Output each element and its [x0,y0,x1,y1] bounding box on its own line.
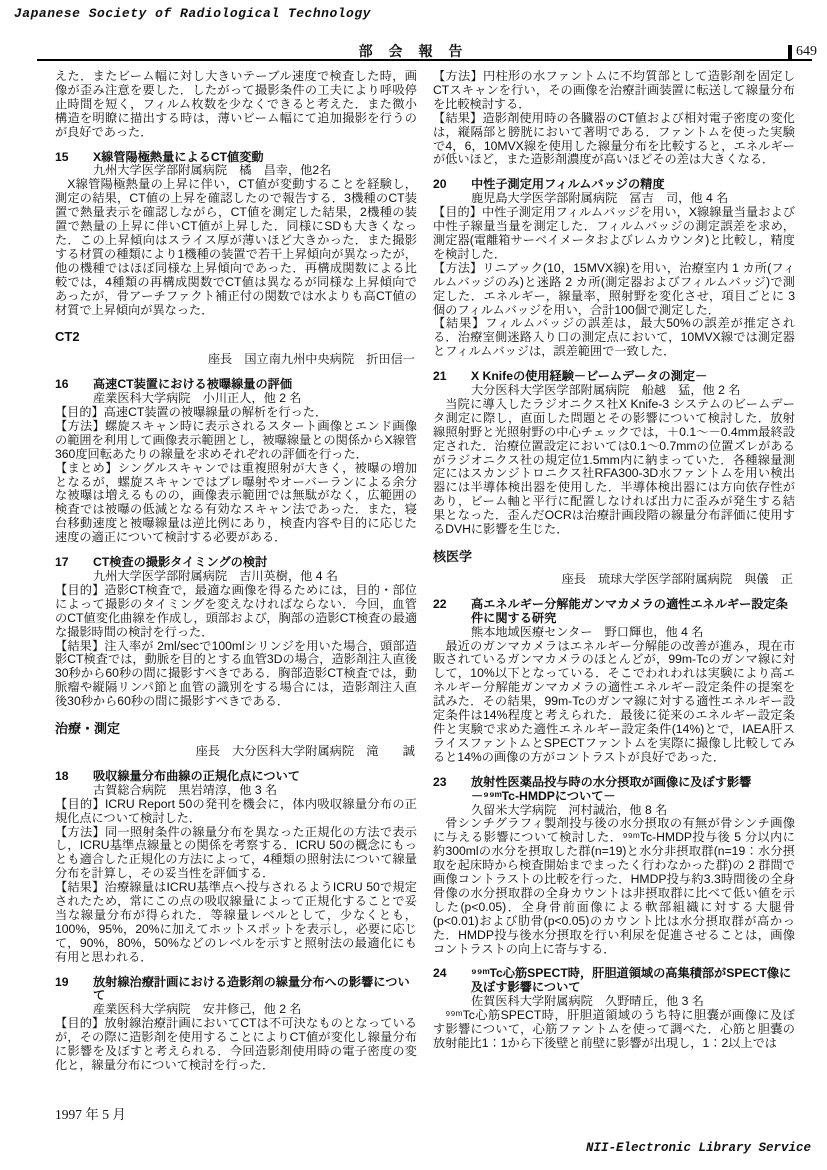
page-title: 部 会 報 告 [0,41,827,61]
issue-date: 1997 年 5 月 [55,1103,126,1123]
abstract-title-text: ⁹⁹ᵐTc心筋SPECT時，肝胆道領域の高集積部がSPECT像に及ぼす影響につい… [471,967,795,995]
session-title: 核医学 [433,550,795,564]
abstract-paragraph: ⁹⁹ᵐTc心筋SPECT時，肝胆道領域のうち特に胆嚢が画像に及ぼす影響について，… [433,1009,795,1051]
abstract-title: 21X Knifeの使用経験－ビームデータの測定－ [433,370,795,384]
abstract-18: 18吸収線量分布曲線の正規化点について古賀総合病院 黒岩靖淳，他 3 名【目的】… [55,770,417,965]
abstract-affiliation: 産業医科大学病院 小川正人，他 2 名 [55,392,417,406]
abstract-title: 23放射性医薬品投与時の水分摂取が画像に及ぼす影響－⁹⁹ᵐTc-HMDPについて… [433,776,795,804]
abstract-19: 19放射線治療計画における造影剤の線量分布への影響について産業医科大学病院 安井… [55,976,417,1073]
abstract-paragraph: 【方法】リニアック(10，15MVX線)を用い，治療室内 1 カ所(フィルムバッ… [433,262,795,318]
page-number-marker-icon [788,45,792,59]
abstract-paragraph: 【結果】治療線量はICRU基準点へ投与されるようICRU 50で規定されたため，… [55,881,417,964]
session-chair: 座長 琉球大学医学部附属病院 與儀 正 [433,573,795,587]
abstract-affiliation: 九州大学医学部附属病院 吉川英樹，他 4 名 [55,570,417,584]
abstract-paragraph: 【目的】高速CT装置の被曝線量の解析を行った． [55,406,417,420]
abstract-paragraph: 最近のガンマカメラはエネルギー分解能の改善が進み，現在市販されているガンマカメラ… [433,640,795,765]
session-title: CT2 [55,330,417,344]
session-chair: 座長 国立南九州中央病院 折田信一 [55,353,417,367]
abstract-title-text: 吸収線量分布曲線の正規化点について [93,770,417,784]
abstract-paragraph: 【結果】注入率が 2ml/secで100mlシリンジを用いた場合，頭部造影CT検… [55,640,417,710]
abstract-number: 22 [433,598,471,626]
abstract-number: 15 [55,151,93,165]
abstract-title: 22高エネルギー分解能ガンマカメラの適性エネルギー設定条件に関する研究 [433,598,795,626]
abstract-paragraph: 骨シンチグラフィ製剤投与後の水分摂取の有無が骨シンチ画像に与える影響について検討… [433,817,795,956]
abstract-title-text: 高エネルギー分解能ガンマカメラの適性エネルギー設定条件に関する研究 [471,598,795,626]
right-column: 【方法】円柱形の水ファントムに不均質部として造影剤を固定しCTスキャンを行い，そ… [433,70,795,1098]
abstract-23: 23放射性医薬品投与時の水分摂取が画像に及ぼす影響－⁹⁹ᵐTc-HMDPについて… [433,776,795,957]
abstract-affiliation: 熊本地域医療センター 野口輝也，他 4 名 [433,626,795,640]
abstract-paragraph: 【まとめ】シングルスキャンでは重複照射が大きく，被曝の増加となるが，螺旋スキャン… [55,462,417,545]
abstract-paragraph: 【目的】ICRU Report 50の発刊を機会に，体内吸収線量分布の正規化点に… [55,798,417,826]
abstract-20: 20中性子測定用フィルムバッジの精度鹿児島大学医学部附属病院 冨吉 司，他 4 … [433,178,795,359]
journal-page: Japanese Society of Radiological Technol… [0,0,827,1170]
continuation-paragraph: 【方法】円柱形の水ファントムに不均質部として造影剤を固定しCTスキャンを行い，そ… [433,70,795,112]
abstract-title-text: 放射線治療計画における造影剤の線量分布への影響について [93,976,417,1004]
session-heading-block: 核医学座長 琉球大学医学部附属病院 與儀 正 [433,550,795,587]
header-rule [37,59,812,61]
session-title: 治療・測定 [55,722,417,736]
abstract-number: 20 [433,178,471,192]
continuation-paragraph: 【結果】造影剤使用時の各臓器のCT値および相対電子密度の変化は，縦隔部と膀胱にお… [433,112,795,168]
abstract-24: 24⁹⁹ᵐTc心筋SPECT時，肝胆道領域の高集積部がSPECT像に及ぼす影響に… [433,967,795,1050]
abstract-number: 16 [55,378,93,392]
page-number: 649 [796,44,817,60]
abstract-number: 23 [433,776,471,804]
abstract-title-text: X Knifeの使用経験－ビームデータの測定－ [471,370,795,384]
library-header-note: Japanese Society of Radiological Technol… [14,6,371,21]
abstract-number: 17 [55,556,93,570]
page-number-area: 649 [788,44,817,60]
abstract-affiliation: 古賀総合病院 黒岩靖淳，他 3 名 [55,784,417,798]
abstract-paragraph: 当院に導入したラジオニクス社X Knife-3 システムのビームデータ測定に際し… [433,398,795,537]
abstract-title: 24⁹⁹ᵐTc心筋SPECT時，肝胆道領域の高集積部がSPECT像に及ぼす影響に… [433,967,795,995]
abstract-title-text: CT検査の撮影タイミングの検討 [93,556,417,570]
abstract-paragraph: 【目的】放射線治療計画においてCTは不可決なものとなっているが，その際に造影剤を… [55,1017,417,1073]
continuation-paragraph: えた．またビーム幅に対し大きいテーブル速度で検査した時，画像が歪み注意を要した．… [55,70,417,140]
abstract-16: 16高速CT装置における被曝線量の評価産業医科大学病院 小川正人，他 2 名【目… [55,378,417,545]
session-heading-block: CT2座長 国立南九州中央病院 折田信一 [55,330,417,367]
abstract-paragraph: 【方法】同一照射条件の線量分布を異なった正規化の方法で表示し，ICRU基準点線量… [55,826,417,882]
abstract-title: 18吸収線量分布曲線の正規化点について [55,770,417,784]
abstract-15: 15X線管陽極熱量によるCT値変動九州大学医学部附属病院 橘 昌幸，他2名X線管… [55,151,417,318]
session-chair: 座長 大分医科大学附属病院 滝 誠 [55,745,417,759]
abstract-number: 24 [433,967,471,995]
abstract-number: 18 [55,770,93,784]
left-column: えた．またビーム幅に対し大きいテーブル速度で検査した時，画像が歪み注意を要した．… [55,70,417,1098]
session-heading-block: 治療・測定座長 大分医科大学附属病院 滝 誠 [55,722,417,759]
abstract-21: 21X Knifeの使用経験－ビームデータの測定－大分医科大学医学部附属病院 船… [433,370,795,537]
abstract-paragraph: 【目的】造影CT検査で，最適な画像を得るためには，目的・部位によって撮影のタイミ… [55,584,417,640]
abstract-paragraph: 【方法】螺旋スキャン時に表示されるスタート画像とエンド画像の範囲を利用して画像表… [55,420,417,462]
abstract-title: 19放射線治療計画における造影剤の線量分布への影響について [55,976,417,1004]
abstract-number: 19 [55,976,93,1004]
abstract-paragraph: 【結果】フィルムバッジの誤差は，最大50%の誤差が推定される．治療室側迷路入り口… [433,317,795,359]
abstract-affiliation: 大分医科大学医学部附属病院 船越 猛，他 2 名 [433,384,795,398]
abstract-number: 21 [433,370,471,384]
abstract-paragraph: X線管陽極熱量の上昇に伴い，CT値が変動することを経験し，測定の結果，CT値の上… [55,178,417,317]
abstract-22: 22高エネルギー分解能ガンマカメラの適性エネルギー設定条件に関する研究熊本地域医… [433,598,795,765]
abstract-paragraph: 【目的】中性子測定用フィルムバッジを用い，X線線量当量および中性子線量当量を測定… [433,206,795,262]
library-service-note: NII-Electronic Library Service [586,1141,811,1155]
abstract-title: 17CT検査の撮影タイミングの検討 [55,556,417,570]
abstract-title-text: 放射性医薬品投与時の水分摂取が画像に及ぼす影響－⁹⁹ᵐTc-HMDPについて－ [471,776,795,804]
abstract-17: 17CT検査の撮影タイミングの検討九州大学医学部附属病院 吉川英樹，他 4 名【… [55,556,417,709]
